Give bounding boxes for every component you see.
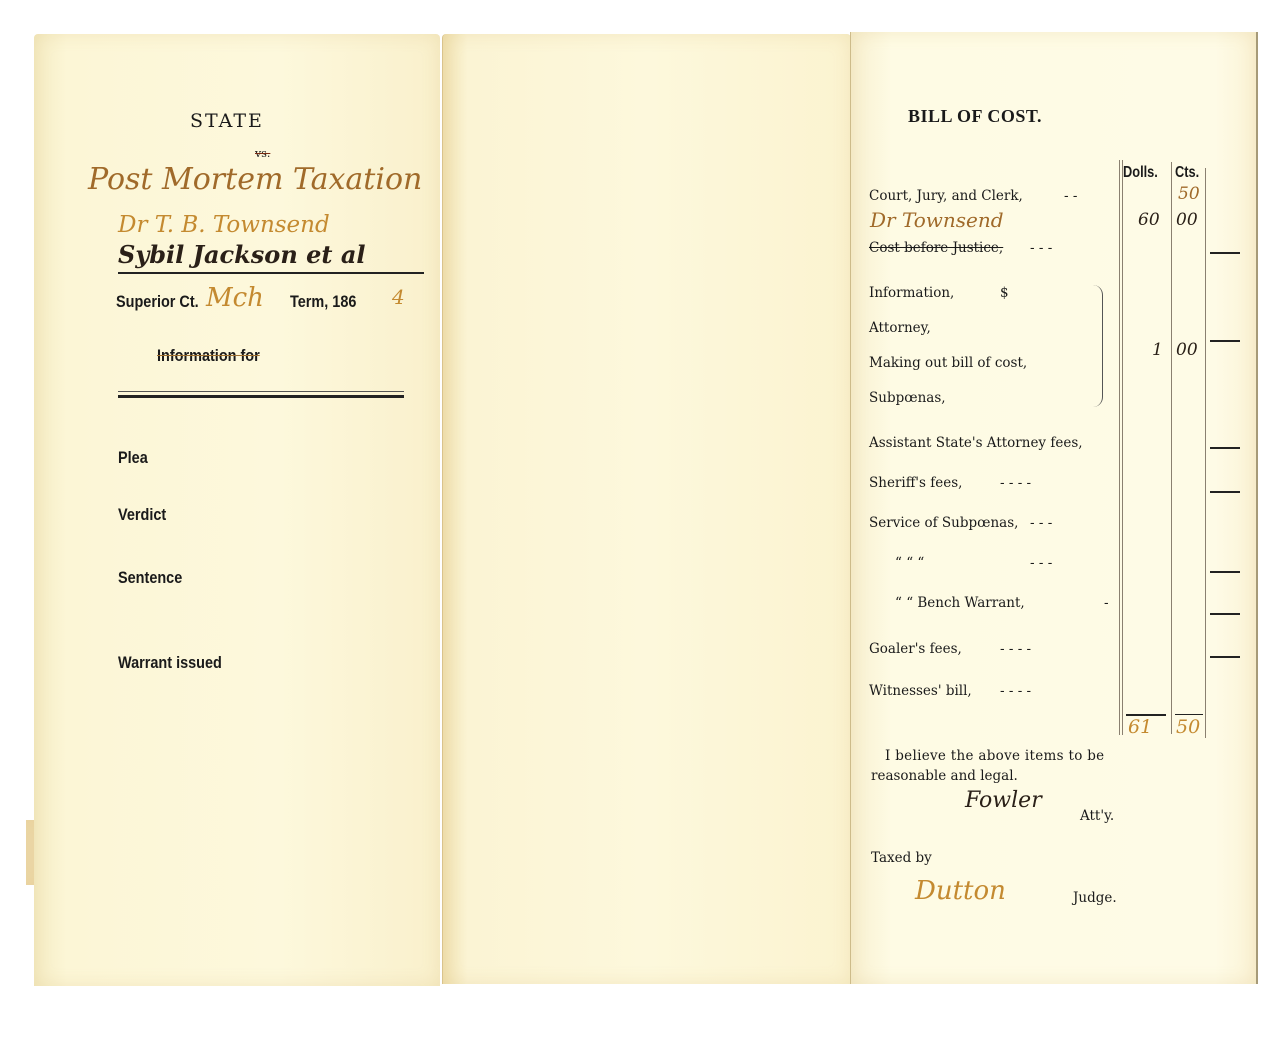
blank-amount-line [1210,447,1240,449]
item-service-of-subpoenas: Service of Subpœnas, [869,515,1018,531]
plea-label: Plea [118,448,148,468]
dollars-townsend: 60 [1138,210,1160,230]
state-heading: STATE [190,110,264,132]
bill-of-cost-title: BILL OF COST. [908,106,1042,127]
total-cents: 50 [1176,716,1200,738]
case-underline [118,272,424,274]
taxed-by-label: Taxed by [871,850,932,866]
right-column-rule [1205,168,1206,738]
total-dollars: 61 [1128,716,1152,738]
term-label: Term, 186 [290,292,356,312]
item-dashes: - - - - [1000,475,1031,491]
item-court-jury-clerk: Court, Jury, and Clerk, [869,188,1023,204]
dollars-column-rule-inner [1122,160,1123,735]
item-goalers-fees: Goaler's fees, [869,641,962,657]
cents-court: 50 [1178,184,1200,204]
dollars-column-rule-outer [1119,160,1120,735]
item-dashes: - - - [1030,515,1052,531]
item-dashes: - - [1064,188,1077,204]
judge-signature: Dutton [915,876,1006,906]
item-information: Information, [869,285,954,301]
cents-column-header: Cts. [1175,164,1199,182]
item-dashes: - [1104,595,1109,611]
dollar-sign: $ [1000,285,1009,301]
warrant-issued-label: Warrant issued [118,653,222,673]
item-making-out-bill: Making out bill of cost, [869,355,1027,371]
certification-line-1: I believe the above items to be [885,748,1104,764]
blank-amount-line [1210,613,1240,615]
grouping-brace [1092,285,1103,407]
versus-label: vs. [255,147,270,160]
dollars-grouped: 1 [1152,340,1163,360]
cents-grouped: 00 [1176,340,1198,360]
item-dashes: - - - - [1000,641,1031,657]
item-dashes: - - - - [1000,683,1031,699]
attorney-label: Att'y. [1080,808,1114,824]
item-sheriffs-fees: Sheriff's fees, [869,475,962,491]
divider-thick [118,395,404,398]
defendant-name-handwritten: Dr T. B. Townsend [118,212,330,238]
item-subpoenas: Subpœnas, [869,390,946,406]
blank-amount-line [1210,571,1240,573]
case-title-handwritten: Post Mortem Taxation [88,162,422,197]
blank-middle-panel [442,34,851,984]
court-label: Superior Ct. [116,292,199,312]
item-bench-warrant: “ “ Bench Warrant, [895,595,1025,611]
dollars-column-header: Dolls. [1123,164,1158,182]
verdict-label: Verdict [118,505,166,525]
item-dashes: - - - [1030,240,1052,256]
total-cents-rule [1175,714,1203,715]
blank-amount-line [1210,491,1240,493]
co-defendant-handwritten: Sybil Jackson et al [118,240,366,269]
blank-amount-line [1210,340,1240,342]
item-cost-before-justice-struck: Cost before Justice, [869,240,1003,256]
divider-thin [118,391,404,392]
attorney-signature: Fowler [965,788,1042,813]
cents-column-rule [1171,162,1172,734]
item-ditto-service: “ “ “ [895,555,924,571]
judge-label: Judge. [1073,890,1117,906]
certification-line-2: reasonable and legal. [871,768,1018,784]
blank-amount-line [1210,252,1240,254]
item-asst-state-attorney-fees: Assistant State's Attorney fees, [869,435,1083,451]
information-for-label: Information for [157,346,260,366]
court-term-handwritten: Mch [206,283,264,313]
item-dr-townsend-handwritten: Dr Townsend [870,208,1004,232]
item-attorney: Attorney, [869,320,931,336]
sentence-label: Sentence [118,568,182,588]
blank-amount-line [1210,656,1240,658]
item-witnesses-bill: Witnesses' bill, [869,683,972,699]
cents-townsend: 00 [1176,210,1198,230]
term-year-handwritten: 4 [392,285,405,309]
item-dashes: - - - [1030,555,1052,571]
